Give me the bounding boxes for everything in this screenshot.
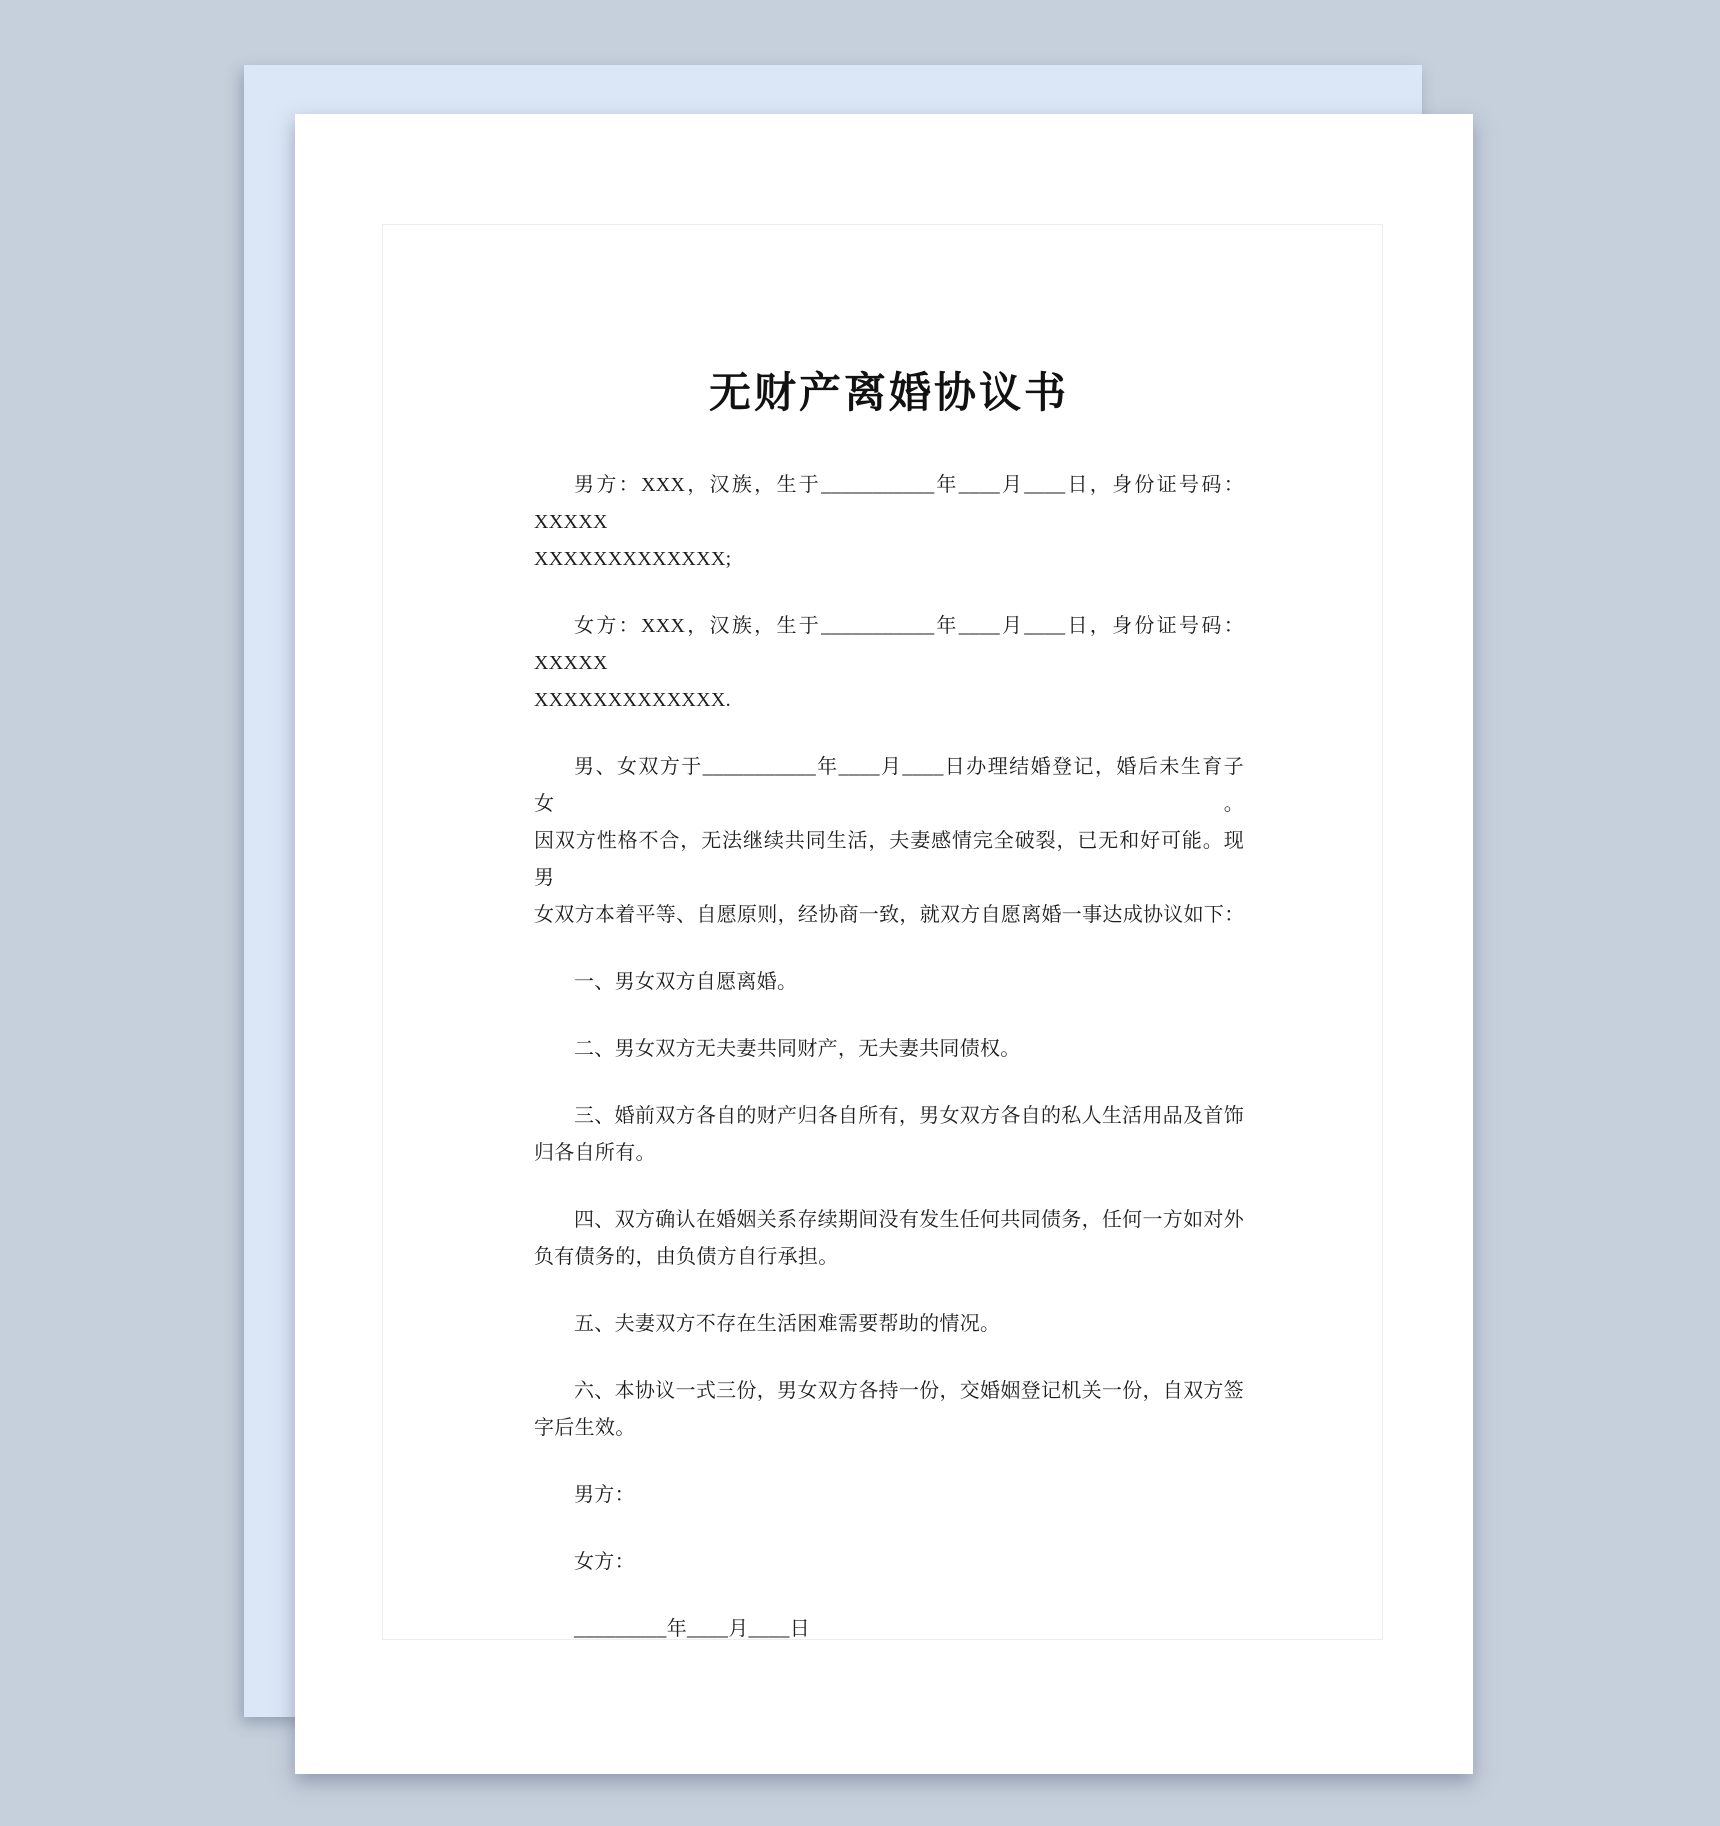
text-line: 因双方性格不合，无法继续共同生活，夫妻感情完全破裂，已无和好可能。现男 [534, 823, 1244, 897]
document-content: 无财产离婚协议书 男方：XXX，汉族，生于___________年____月__… [534, 369, 1244, 1648]
text-line: 五、夫妻双方不存在生活困难需要帮助的情况。 [534, 1306, 1244, 1343]
text-line: 三、婚前双方各自的财产归各自所有，男女双方各自的私人生活用品及首饰 [534, 1098, 1244, 1135]
text-line: XXXXXXXXXXXXX; [534, 541, 1244, 578]
text-line: 六、本协议一式三份，男女双方各持一份，交婚姻登记机关一份，自双方签 [534, 1373, 1244, 1410]
text-line: 男、女双方于___________年____月____日办理结婚登记，婚后未生育… [534, 749, 1244, 823]
text-line: 字后生效。 [534, 1410, 1244, 1447]
paragraph: 六、本协议一式三份，男女双方各持一份，交婚姻登记机关一份，自双方签字后生效。 [534, 1373, 1244, 1447]
paragraph: _________年____月____日 [534, 1611, 1244, 1648]
text-line: 归各自所有。 [534, 1135, 1244, 1172]
desktop-background: 无财产离婚协议书 男方：XXX，汉族，生于___________年____月__… [0, 0, 1720, 1826]
paragraph: 男、女双方于___________年____月____日办理结婚登记，婚后未生育… [534, 749, 1244, 934]
text-line: 男方： [534, 1477, 1244, 1514]
text-line: _________年____月____日 [534, 1611, 1244, 1648]
text-line: 女方： [534, 1544, 1244, 1581]
paragraph: 三、婚前双方各自的财产归各自所有，男女双方各自的私人生活用品及首饰归各自所有。 [534, 1098, 1244, 1172]
text-line: 男方：XXX，汉族，生于___________年____月____日，身份证号码… [534, 467, 1244, 541]
text-line: 一、男女双方自愿离婚。 [534, 964, 1244, 1001]
text-line: 女双方本着平等、自愿原则，经协商一致，就双方自愿离婚一事达成协议如下： [534, 897, 1244, 934]
paragraph: 四、双方确认在婚姻关系存续期间没有发生任何共同债务，任何一方如对外负有债务的，由… [534, 1202, 1244, 1276]
paragraph: 女方： [534, 1544, 1244, 1581]
document-page: 无财产离婚协议书 男方：XXX，汉族，生于___________年____月__… [295, 114, 1473, 1774]
paragraph: 一、男女双方自愿离婚。 [534, 964, 1244, 1001]
text-line: 二、男女双方无夫妻共同财产，无夫妻共同债权。 [534, 1031, 1244, 1068]
text-line: XXXXXXXXXXXXX. [534, 682, 1244, 719]
text-line: 负有债务的，由负债方自行承担。 [534, 1239, 1244, 1276]
text-line: 四、双方确认在婚姻关系存续期间没有发生任何共同债务，任何一方如对外 [534, 1202, 1244, 1239]
document-paragraphs: 男方：XXX，汉族，生于___________年____月____日，身份证号码… [534, 467, 1244, 1648]
paragraph: 女方：XXX，汉族，生于___________年____月____日，身份证号码… [534, 608, 1244, 719]
document-title: 无财产离婚协议书 [534, 369, 1244, 419]
text-line: 女方：XXX，汉族，生于___________年____月____日，身份证号码… [534, 608, 1244, 682]
paragraph: 男方：XXX，汉族，生于___________年____月____日，身份证号码… [534, 467, 1244, 578]
paragraph: 男方： [534, 1477, 1244, 1514]
paragraph: 二、男女双方无夫妻共同财产，无夫妻共同债权。 [534, 1031, 1244, 1068]
paragraph: 五、夫妻双方不存在生活困难需要帮助的情况。 [534, 1306, 1244, 1343]
